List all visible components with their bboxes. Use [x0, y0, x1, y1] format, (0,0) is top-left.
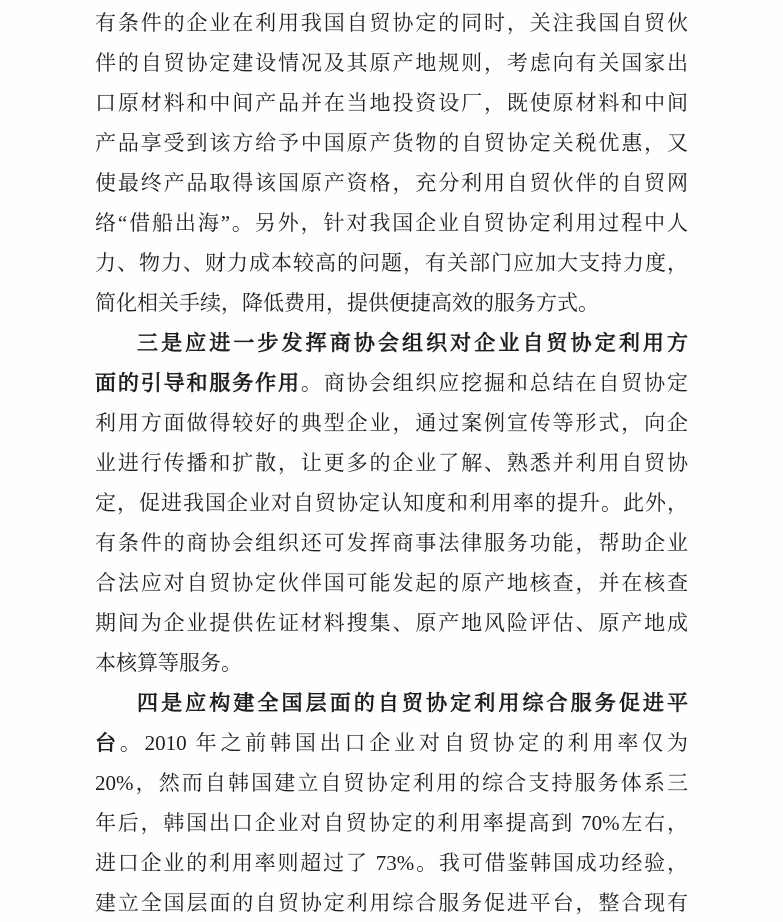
body-text: 期间为企业提供佐证材料搜集、原产地风险评估、原产地成	[95, 611, 688, 635]
bold-lead-text: 四是应构建全国层面的自贸协定利用综合服务促进平	[137, 691, 688, 715]
body-text: 络“借船出海”。另外，针对我国企业自贸协定利用过程中人	[95, 211, 688, 235]
body-text: 简化相关手续，降低费用，提供便捷高效的服务方式。	[95, 291, 599, 315]
body-text: 。2010 年之前韩国出口企业对自贸协定的利用率仅为	[120, 731, 688, 755]
body-text: 建立全国层面的自贸协定利用综合服务促进平台，整合现有	[95, 891, 688, 915]
body-text: 年后，韩国出口企业对自贸协定的利用率提高到 70%左右，	[95, 811, 688, 835]
text-line: 进口企业的利用率则超过了 73%。我可借鉴韩国成功经验，	[95, 843, 688, 883]
body-text: 有条件的商协会组织还可发挥商事法律服务功能，帮助企业	[95, 531, 688, 555]
text-line: 伴的自贸协定建设情况及其原产地规则，考虑向有关国家出	[95, 43, 688, 83]
body-text: 使最终产品取得该国原产资格，充分利用自贸伙伴的自贸网	[95, 171, 688, 195]
text-line: 业进行传播和扩散，让更多的企业了解、熟悉并利用自贸协	[95, 443, 688, 483]
document-page: 有条件的企业在利用我国自贸协定的同时，关注我国自贸伙伴的自贸协定建设情况及其原产…	[0, 0, 783, 922]
text-line: 力、物力、财力成本较高的问题，有关部门应加大支持力度，	[95, 243, 688, 283]
body-text: 本核算等服务。	[95, 651, 242, 675]
bold-lead-text: 台	[95, 731, 120, 755]
text-line: 络“借船出海”。另外，针对我国企业自贸协定利用过程中人	[95, 203, 688, 243]
text-line: 利用方面做得较好的典型企业，通过案例宣传等形式，向企	[95, 403, 688, 443]
text-line: 有条件的企业在利用我国自贸协定的同时，关注我国自贸伙	[95, 3, 688, 43]
body-text: 力、物力、财力成本较高的问题，有关部门应加大支持力度，	[95, 251, 688, 275]
text-line: 使最终产品取得该国原产资格，充分利用自贸伙伴的自贸网	[95, 163, 688, 203]
body-text: 伴的自贸协定建设情况及其原产地规则，考虑向有关国家出	[95, 51, 688, 75]
body-text: 20%，然而自韩国建立自贸协定利用的综合支持服务体系三	[95, 771, 688, 795]
text-line: 三是应进一步发挥商协会组织对企业自贸协定利用方	[95, 323, 688, 363]
text-line: 有条件的商协会组织还可发挥商事法律服务功能，帮助企业	[95, 523, 688, 563]
text-line: 四是应构建全国层面的自贸协定利用综合服务促进平	[95, 683, 688, 723]
text-line: 本核算等服务。	[95, 643, 688, 683]
document-body: 有条件的企业在利用我国自贸协定的同时，关注我国自贸伙伴的自贸协定建设情况及其原产…	[95, 3, 688, 922]
bold-lead-text: 面的引导和服务作用	[95, 371, 301, 395]
text-line: 口原材料和中间产品并在当地投资设厂，既使原材料和中间	[95, 83, 688, 123]
body-text: 口原材料和中间产品并在当地投资设厂，既使原材料和中间	[95, 91, 688, 115]
bold-lead-text: 三是应进一步发挥商协会组织对企业自贸协定利用方	[137, 331, 688, 355]
body-text: 定，促进我国企业对自贸协定认知度和利用率的提升。此外，	[95, 491, 688, 515]
text-line: 年后，韩国出口企业对自贸协定的利用率提高到 70%左右，	[95, 803, 688, 843]
body-text: 业进行传播和扩散，让更多的企业了解、熟悉并利用自贸协	[95, 451, 688, 475]
body-text: 利用方面做得较好的典型企业，通过案例宣传等形式，向企	[95, 411, 688, 435]
text-line: 建立全国层面的自贸协定利用综合服务促进平台，整合现有	[95, 883, 688, 922]
body-text: 产品享受到该方给予中国原产货物的自贸协定关税优惠，又	[95, 131, 688, 155]
text-line: 期间为企业提供佐证材料搜集、原产地风险评估、原产地成	[95, 603, 688, 643]
text-line: 20%，然而自韩国建立自贸协定利用的综合支持服务体系三	[95, 763, 688, 803]
text-line: 定，促进我国企业对自贸协定认知度和利用率的提升。此外，	[95, 483, 688, 523]
body-text: 合法应对自贸协定伙伴国可能发起的原产地核查，并在核查	[95, 571, 688, 595]
text-line: 合法应对自贸协定伙伴国可能发起的原产地核查，并在核查	[95, 563, 688, 603]
body-text: 进口企业的利用率则超过了 73%。我可借鉴韩国成功经验，	[95, 851, 688, 875]
body-text: 。商协会组织应挖掘和总结在自贸协定	[301, 371, 688, 395]
body-text: 有条件的企业在利用我国自贸协定的同时，关注我国自贸伙	[95, 11, 688, 35]
text-line: 面的引导和服务作用。商协会组织应挖掘和总结在自贸协定	[95, 363, 688, 403]
text-line: 台。2010 年之前韩国出口企业对自贸协定的利用率仅为	[95, 723, 688, 763]
text-line: 产品享受到该方给予中国原产货物的自贸协定关税优惠，又	[95, 123, 688, 163]
text-line: 简化相关手续，降低费用，提供便捷高效的服务方式。	[95, 283, 688, 323]
